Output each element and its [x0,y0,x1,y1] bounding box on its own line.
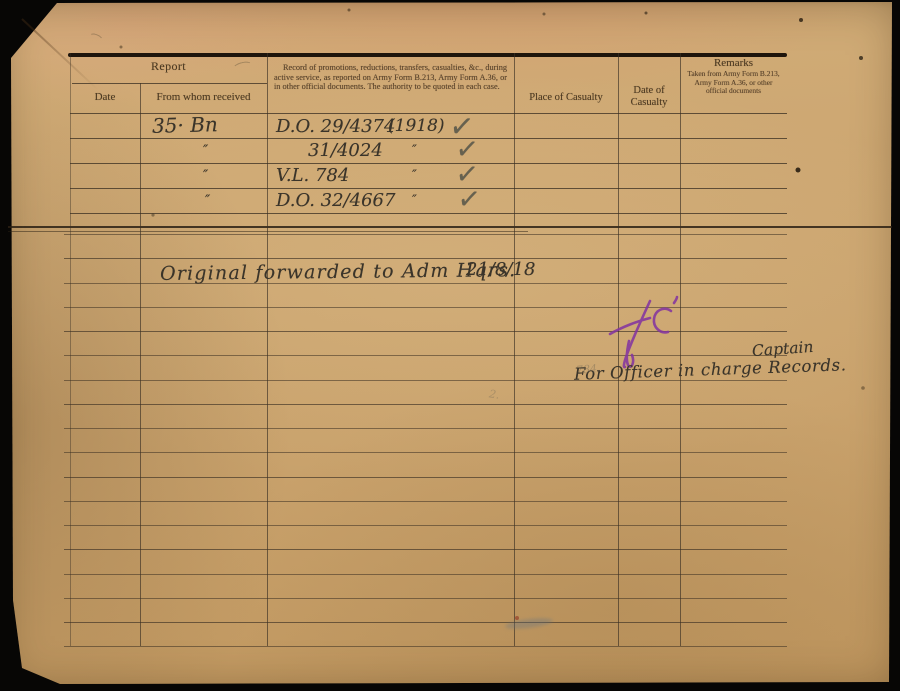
pencil-784: 784 [575,362,597,377]
entry-3-ditto-year: ″ [412,168,417,183]
paper-specks [0,0,2,2]
entry-2-authority: 31/4024 [308,140,383,161]
forwarded-note: Original forwarded to Adm Hqrs. [160,259,517,285]
date-of-casualty-header: Date of Casualty [619,85,679,109]
entry-1-year: (1918) [388,116,445,136]
entry-1-from-whom: 35· Bn [152,112,218,138]
entry-2-ditto-year: ″ [412,143,417,158]
pencil-2: 2. [488,387,500,401]
record-column-header: Record of promotions, reductions, transf… [274,63,507,92]
entry-2-ditto-from: ″ [203,143,208,159]
place-of-casualty-header: Place of Casualty [514,92,618,103]
date-header: Date [70,91,140,103]
remarks-header: Remarks [680,57,787,69]
from-whom-header: From whom received [140,91,267,103]
entry-4-authority: D.O. 32/4667 [276,190,395,211]
entry-3-ditto-from: ″ [203,168,208,184]
entry-4-ditto-from: ″ [205,193,210,209]
entry-3-authority: V.L. 784 [276,165,349,186]
entry-1-authority: D.O. 29/4374 [276,116,395,137]
forwarded-date: 21/8/18 [466,259,535,280]
entry-4-ditto-year: ″ [412,193,417,208]
scanned-document: Report Date From whom received Record of… [0,0,900,691]
remarks-subheader: Taken from Army Form B.213, Army Form A.… [683,70,784,96]
